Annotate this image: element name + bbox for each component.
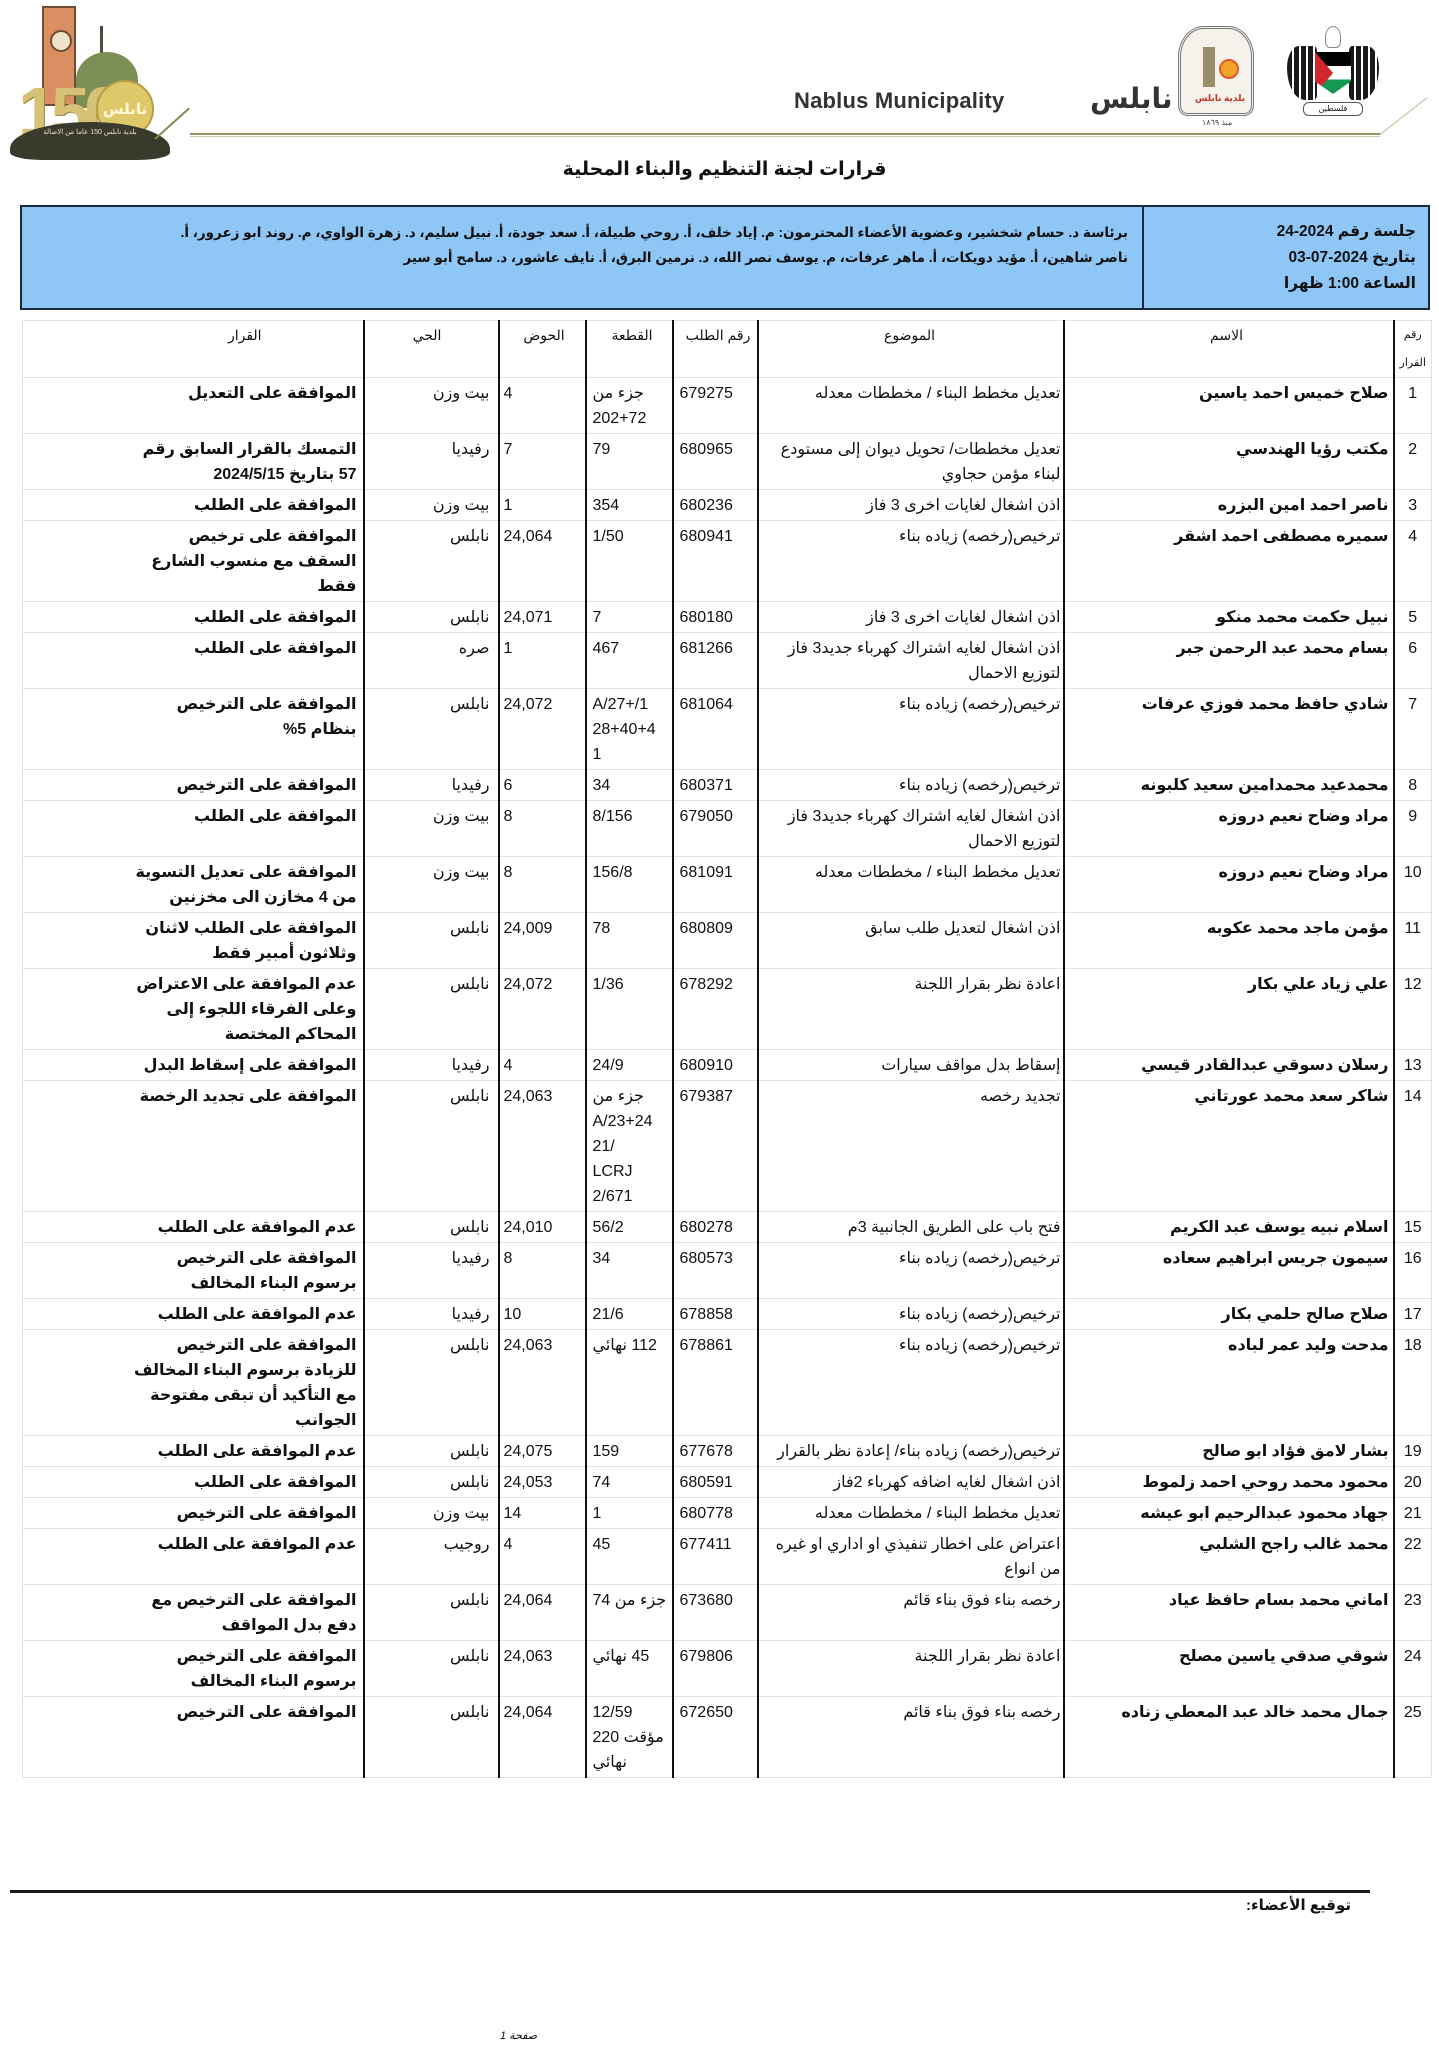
cell-basin: 1 [499, 490, 586, 521]
cell-decision: التمسك بالقرار السابق رقم 57 بتاريخ 2024… [23, 434, 364, 490]
cell-subject: اذن اشغال لتعديل طلب سابق [758, 913, 1064, 969]
parcel-text: 7 [593, 605, 672, 630]
cell-basin: 24,063 [499, 1081, 586, 1212]
cell-request-no: 680180 [673, 602, 758, 633]
cell-decision-no: 15 [1394, 1212, 1432, 1243]
cell-name: بسام محمد عبد الرحمن جبر [1064, 633, 1394, 689]
cell-decision-no: 4 [1394, 521, 1432, 602]
cell-request-no: 679275 [673, 378, 758, 434]
parcel-text: 24/9 [593, 1053, 672, 1078]
cell-decision-no: 3 [1394, 490, 1432, 521]
cell-neighborhood: نابلس [364, 1436, 499, 1467]
cell-parcel: 8/156 [586, 801, 673, 857]
cell-subject: رخصه بناء فوق بناء قائم [758, 1697, 1064, 1778]
cell-neighborhood: رفيديا [364, 434, 499, 490]
table-row: 13 رسلان دسوقي عبدالقادر قيسي إسقاط بدل … [23, 1050, 1432, 1081]
cell-subject: تجديد رخصه [758, 1081, 1064, 1212]
cell-decision: الموافقة على الترخيص [23, 770, 364, 801]
cell-basin: 24,063 [499, 1330, 586, 1436]
cell-neighborhood: نابلس [364, 913, 499, 969]
session-members: برئاسة د. حسام شخشير، وعضوية الأعضاء الم… [22, 207, 1142, 308]
cell-decision: الموافقة على الطلب [23, 633, 364, 689]
table-row: 5 نبيل حكمت محمد منكو اذن اشغال لغايات ا… [23, 602, 1432, 633]
cell-request-no: 681266 [673, 633, 758, 689]
cell-parcel: 34 [586, 1243, 673, 1299]
table-row: 21 جهاد محمود عبدالرحيم ابو عيشه تعديل م… [23, 1498, 1432, 1529]
cell-decision-no: 7 [1394, 689, 1432, 770]
table-row: 16 سيمون جريس ابراهيم سعاده ترخيص(رخصه) … [23, 1243, 1432, 1299]
seal-year: منذ ١٨٦٩ [1202, 118, 1232, 127]
cell-basin: 10 [499, 1299, 586, 1330]
cell-neighborhood: رفيديا [364, 770, 499, 801]
parcel-text: 1 [593, 1501, 672, 1526]
cell-parcel: 24/9 [586, 1050, 673, 1081]
cell-decision-no: 19 [1394, 1436, 1432, 1467]
cell-neighborhood: بيت وزن [364, 490, 499, 521]
parcel-text: 354 [593, 493, 672, 518]
cell-decision-no: 20 [1394, 1467, 1432, 1498]
cell-name: علي زياد علي بكار [1064, 969, 1394, 1050]
cell-request-no: 678292 [673, 969, 758, 1050]
parcel-text: 1/36 [593, 972, 672, 997]
cell-name: اماني محمد بسام حافظ عياد [1064, 1585, 1394, 1641]
cell-parcel: جزء من 202+72 [586, 378, 673, 434]
cell-decision-no: 17 [1394, 1299, 1432, 1330]
table-header-row: رقم القرار الاسم الموضوع رقم الطلب القطع… [23, 321, 1432, 378]
cell-decision-no: 6 [1394, 633, 1432, 689]
cell-request-no: 681091 [673, 857, 758, 913]
cell-neighborhood: نابلس [364, 521, 499, 602]
header-decision-no: رقم القرار [1394, 321, 1432, 378]
cell-basin: 4 [499, 1050, 586, 1081]
palestine-eagle-emblem-icon: فلسطين [1285, 24, 1381, 120]
session-meta: جلسة رقم 2024-24 بتاريخ 2024-07-03 الساع… [1142, 207, 1428, 308]
header-neighborhood: الحي [364, 321, 499, 378]
cell-name: محمد غالب راجح الشلبي [1064, 1529, 1394, 1585]
cell-request-no: 677411 [673, 1529, 758, 1585]
cell-decision: الموافقة على تجديد الرخصة [23, 1081, 364, 1212]
cell-name: سيمون جريس ابراهيم سعاده [1064, 1243, 1394, 1299]
parcel-text: جزء من 202+72 [593, 381, 672, 431]
cell-parcel: 112 نهائي [586, 1330, 673, 1436]
table-body: 1 صلاح خميس احمد ياسين تعديل مخطط البناء… [23, 378, 1432, 1778]
cell-name: اسلام نبيه يوسف عبد الكريم [1064, 1212, 1394, 1243]
parcel-text: 1/50 [593, 524, 672, 549]
cell-parcel: 156/8 [586, 857, 673, 913]
cell-decision-no: 23 [1394, 1585, 1432, 1641]
eagle-head-icon [1325, 26, 1341, 48]
letterhead-rule [190, 133, 1380, 137]
cell-decision-no: 18 [1394, 1330, 1432, 1436]
cell-decision-no: 1 [1394, 378, 1432, 434]
cell-decision: عدم الموافقة على الطلب [23, 1529, 364, 1585]
cell-decision: الموافقة على الطلب [23, 801, 364, 857]
cell-request-no: 680573 [673, 1243, 758, 1299]
cell-decision-no: 2 [1394, 434, 1432, 490]
session-info-box: جلسة رقم 2024-24 بتاريخ 2024-07-03 الساع… [20, 205, 1430, 310]
cell-basin: 24,064 [499, 1585, 586, 1641]
table-row: 9 مراد وضاح نعيم دروزه اذن اشغال لغايه ا… [23, 801, 1432, 857]
cell-decision-no: 11 [1394, 913, 1432, 969]
cell-name: بشار لامق فؤاد ابو صالح [1064, 1436, 1394, 1467]
page-number: صفحة 1 [500, 2029, 537, 2042]
cell-decision-no: 9 [1394, 801, 1432, 857]
cell-request-no: 680371 [673, 770, 758, 801]
cell-neighborhood: روجيب [364, 1529, 499, 1585]
members-signature-label: توقيع الأعضاء: [1246, 1896, 1351, 1914]
cell-decision-no: 13 [1394, 1050, 1432, 1081]
cell-decision-no: 14 [1394, 1081, 1432, 1212]
cell-neighborhood: نابلس [364, 1330, 499, 1436]
cell-decision: الموافقة على الطلب [23, 602, 364, 633]
cell-subject: فتح باب على الطريق الجانبية 3م [758, 1212, 1064, 1243]
table-row: 19 بشار لامق فؤاد ابو صالح ترخيص(رخصه) ز… [23, 1436, 1432, 1467]
cell-parcel: 354 [586, 490, 673, 521]
cell-name: سميره مصطفى احمد اشقر [1064, 521, 1394, 602]
cell-subject: تعديل مخطط البناء / مخططات معدله [758, 857, 1064, 913]
parcel-text: 79 [593, 437, 672, 462]
cell-request-no: 678861 [673, 1330, 758, 1436]
eagle-wing-right-icon [1349, 46, 1379, 100]
parcel-text: 78 [593, 916, 672, 941]
header-request-no: رقم الطلب [673, 321, 758, 378]
cell-basin: 24,010 [499, 1212, 586, 1243]
parcel-text: 467 [593, 636, 672, 661]
cell-decision: الموافقة على الترخيص للزيادة برسوم البنا… [23, 1330, 364, 1436]
cell-request-no: 680591 [673, 1467, 758, 1498]
cell-parcel: جزء من 74 [586, 1585, 673, 1641]
header-basin: الحوض [499, 321, 586, 378]
cell-name: صلاح صالح حلمي بكار [1064, 1299, 1394, 1330]
cell-request-no: 680278 [673, 1212, 758, 1243]
cell-name: محمدعيد محمدامين سعيد كلبونه [1064, 770, 1394, 801]
cell-parcel: 56/2 [586, 1212, 673, 1243]
cell-name: صلاح خميس احمد ياسين [1064, 378, 1394, 434]
cell-subject: تعديل مخططات/ تحويل ديوان إلى مستودع لبن… [758, 434, 1064, 490]
cell-decision-no: 8 [1394, 770, 1432, 801]
cell-name: محمود محمد روحي احمد زلموط [1064, 1467, 1394, 1498]
cell-parcel: جزء من A/23+24 /21 LCRJ 2/671 [586, 1081, 673, 1212]
seal-sun-icon [1219, 59, 1239, 79]
cell-parcel: 21/6 [586, 1299, 673, 1330]
cell-request-no: 681064 [673, 689, 758, 770]
cell-decision: عدم الموافقة على الطلب [23, 1299, 364, 1330]
cell-decision: الموافقة على الطلب لاثنان وثلاثون أمبير … [23, 913, 364, 969]
parcel-text: 56/2 [593, 1215, 672, 1240]
cell-decision: الموافقة على الترخيص [23, 1697, 364, 1778]
header-name: الاسم [1064, 321, 1394, 378]
cell-neighborhood: رفيديا [364, 1299, 499, 1330]
cell-basin: 24,009 [499, 913, 586, 969]
cell-parcel: 79 [586, 434, 673, 490]
cell-decision: الموافقة على الترخيص مع دفع بدل المواقف [23, 1585, 364, 1641]
cell-neighborhood: نابلس [364, 969, 499, 1050]
cell-subject: إسقاط بدل مواقف سيارات [758, 1050, 1064, 1081]
cell-subject: ترخيص(رخصه) زياده بناء [758, 1243, 1064, 1299]
cell-subject: اعادة نظر بقرار اللجنة [758, 969, 1064, 1050]
cell-request-no: 679806 [673, 1641, 758, 1697]
cell-decision: الموافقة على الترخيص برسوم البناء المخال… [23, 1641, 364, 1697]
table-row: 1 صلاح خميس احمد ياسين تعديل مخطط البناء… [23, 378, 1432, 434]
cell-request-no: 680910 [673, 1050, 758, 1081]
cell-neighborhood: نابلس [364, 602, 499, 633]
header-parcel: القطعة [586, 321, 673, 378]
cell-neighborhood: بيت وزن [364, 801, 499, 857]
cell-decision-no: 12 [1394, 969, 1432, 1050]
cell-subject: اذن اشغال لغايه اضافه كهرباء 2فاز [758, 1467, 1064, 1498]
cell-subject: اعتراض على اخطار تنفيذي او اداري او غيره… [758, 1529, 1064, 1585]
cell-neighborhood: نابلس [364, 689, 499, 770]
table-row: 7 شادي حافظ محمد فوزي عرفات ترخيص(رخصه) … [23, 689, 1432, 770]
brand-name-en: Nablus Municipality [794, 88, 1004, 114]
cell-parcel: 34 [586, 770, 673, 801]
parcel-text: A/27+/1 28+40+4 1 [593, 692, 672, 767]
table-row: 12 علي زياد علي بكار اعادة نظر بقرار الل… [23, 969, 1432, 1050]
cell-request-no: 677678 [673, 1436, 758, 1467]
table-row: 23 اماني محمد بسام حافظ عياد رخصه بناء ف… [23, 1585, 1432, 1641]
table-row: 15 اسلام نبيه يوسف عبد الكريم فتح باب عل… [23, 1212, 1432, 1243]
cell-decision: الموافقة على إسقاط البدل [23, 1050, 364, 1081]
cell-basin: 24,075 [499, 1436, 586, 1467]
cell-basin: 24,072 [499, 969, 586, 1050]
cell-basin: 24,064 [499, 521, 586, 602]
cell-decision-no: 16 [1394, 1243, 1432, 1299]
cell-neighborhood: بيت وزن [364, 857, 499, 913]
cell-neighborhood: نابلس [364, 1081, 499, 1212]
members-line-2: ناصر شاهين، أ. مؤيد دويكات، أ. ماهر عرفا… [34, 245, 1128, 270]
cell-parcel: 1/36 [586, 969, 673, 1050]
cell-name: ناصر احمد امين البزره [1064, 490, 1394, 521]
seal-tower-icon [1203, 47, 1215, 87]
cell-name: جهاد محمود عبدالرحيم ابو عيشه [1064, 1498, 1394, 1529]
cell-neighborhood: رفيديا [364, 1243, 499, 1299]
cell-parcel: 45 [586, 1529, 673, 1585]
cell-basin: 24,072 [499, 689, 586, 770]
cell-name: رسلان دسوقي عبدالقادر قيسي [1064, 1050, 1394, 1081]
cell-request-no: 679387 [673, 1081, 758, 1212]
header-decision: القرار [23, 321, 364, 378]
cell-request-no: 672650 [673, 1697, 758, 1778]
flag-shield-icon [1315, 52, 1351, 94]
cell-neighborhood: بيت وزن [364, 1498, 499, 1529]
cell-decision-no: 22 [1394, 1529, 1432, 1585]
cell-name: شادي حافظ محمد فوزي عرفات [1064, 689, 1394, 770]
table-row: 22 محمد غالب راجح الشلبي اعتراض على اخطا… [23, 1529, 1432, 1585]
parcel-text: 34 [593, 1246, 672, 1271]
cell-subject: رخصه بناء فوق بناء قائم [758, 1585, 1064, 1641]
table-row: 3 ناصر احمد امين البزره اذن اشغال لغايات… [23, 490, 1432, 521]
cell-name: نبيل حكمت محمد منكو [1064, 602, 1394, 633]
nablus-150-logo: 150 نابلس بلدية نابلس 150 عاما من الاصال… [4, 0, 204, 180]
cell-name: شوقي صدقي ياسين مصلح [1064, 1641, 1394, 1697]
table-row: 17 صلاح صالح حلمي بكار ترخيص(رخصه) زياده… [23, 1299, 1432, 1330]
cell-decision-no: 5 [1394, 602, 1432, 633]
parcel-text: 21/6 [593, 1302, 672, 1327]
cell-name: مراد وضاح نعيم دروزه [1064, 857, 1394, 913]
header-subject: الموضوع [758, 321, 1064, 378]
emblem-label: فلسطين [1303, 102, 1363, 116]
seal-text: بلدية نابلس [1195, 93, 1245, 104]
cell-subject: ترخيص(رخصه) زياده بناء [758, 1299, 1064, 1330]
cell-request-no: 673680 [673, 1585, 758, 1641]
cell-parcel: 467 [586, 633, 673, 689]
cell-neighborhood: نابلس [364, 1641, 499, 1697]
cell-parcel: 78 [586, 913, 673, 969]
cell-basin: 8 [499, 1243, 586, 1299]
table-row: 25 جمال محمد خالد عبد المعطي زناده رخصه … [23, 1697, 1432, 1778]
cell-request-no: 680941 [673, 521, 758, 602]
cell-basin: 8 [499, 857, 586, 913]
cell-neighborhood: نابلس [364, 1212, 499, 1243]
cell-request-no: 678858 [673, 1299, 758, 1330]
cell-parcel: 159 [586, 1436, 673, 1467]
parcel-text: 74 [593, 1470, 672, 1495]
cell-basin: 1 [499, 633, 586, 689]
parcel-text: 34 [593, 773, 672, 798]
cell-basin: 24,053 [499, 1467, 586, 1498]
cell-name: مؤمن ماجد محمد عكوبه [1064, 913, 1394, 969]
cell-subject: تعديل مخطط البناء / مخططات معدله [758, 1498, 1064, 1529]
cell-parcel: 74 [586, 1467, 673, 1498]
cell-request-no: 679050 [673, 801, 758, 857]
cell-decision: الموافقة على تعديل التسوية من 4 مخازن ال… [23, 857, 364, 913]
cell-decision: عدم الموافقة على الطلب [23, 1212, 364, 1243]
cell-name: شاكر سعد محمد عورتاني [1064, 1081, 1394, 1212]
parcel-text: 45 نهائي [593, 1644, 672, 1669]
cell-decision: الموافقة على الترخيص برسوم البناء المخال… [23, 1243, 364, 1299]
cell-subject: اذن اشغال لغايه اشتراك كهرباء جديد3 فاز … [758, 633, 1064, 689]
cell-neighborhood: رفيديا [364, 1050, 499, 1081]
cell-subject: ترخيص(رخصه) زياده بناء/ إعادة نظر بالقرا… [758, 1436, 1064, 1467]
cell-basin: 6 [499, 770, 586, 801]
parcel-text: جزء من A/23+24 /21 LCRJ 2/671 [593, 1084, 672, 1209]
parcel-text: 8/156 [593, 804, 672, 829]
cell-subject: تعديل مخطط البناء / مخططات معدله [758, 378, 1064, 434]
cell-basin: 4 [499, 378, 586, 434]
cell-neighborhood: صره [364, 633, 499, 689]
table-row: 20 محمود محمد روحي احمد زلموط اذن اشغال … [23, 1467, 1432, 1498]
cell-subject: اذن اشغال لغايات اخرى 3 فاز [758, 602, 1064, 633]
session-number: جلسة رقم 2024-24 [1144, 219, 1416, 245]
members-line-1: برئاسة د. حسام شخشير، وعضوية الأعضاء الم… [34, 220, 1128, 245]
table-row: 4 سميره مصطفى احمد اشقر ترخيص(رخصه) زياد… [23, 521, 1432, 602]
cell-neighborhood: بيت وزن [364, 378, 499, 434]
document-title: قرارات لجنة التنظيم والبناء المحلية [0, 158, 1439, 181]
cell-parcel: 45 نهائي [586, 1641, 673, 1697]
cell-parcel: 7 [586, 602, 673, 633]
cell-decision: الموافقة على ترخيص السقف مع منسوب الشارع… [23, 521, 364, 602]
cell-decision: الموافقة على الترخيص بنظام 5% [23, 689, 364, 770]
decisions-table: رقم القرار الاسم الموضوع رقم الطلب القطع… [22, 320, 1432, 1778]
cell-basin: 4 [499, 1529, 586, 1585]
parcel-text: 112 نهائي [593, 1333, 672, 1358]
cell-parcel: A/27+/1 28+40+4 1 [586, 689, 673, 770]
cell-basin: 24,064 [499, 1697, 586, 1778]
cell-subject: ترخيص(رخصه) زياده بناء [758, 689, 1064, 770]
letterhead-rule-right [1380, 97, 1428, 135]
cell-decision: الموافقة على الطلب [23, 490, 364, 521]
cell-decision-no: 24 [1394, 1641, 1432, 1697]
cell-decision-no: 10 [1394, 857, 1432, 913]
footer-divider [10, 1890, 1370, 1893]
cell-decision-no: 21 [1394, 1498, 1432, 1529]
cell-basin: 24,063 [499, 1641, 586, 1697]
session-date: بتاريخ 2024-07-03 [1144, 245, 1416, 271]
table-row: 8 محمدعيد محمدامين سعيد كلبونه ترخيص(رخص… [23, 770, 1432, 801]
cell-decision: الموافقة على الطلب [23, 1467, 364, 1498]
cell-decision: عدم الموافقة على الطلب [23, 1436, 364, 1467]
cell-subject: اذن اشغال لغايات اخرى 3 فاز [758, 490, 1064, 521]
cell-subject: ترخيص(رخصه) زياده بناء [758, 1330, 1064, 1436]
cell-basin: 8 [499, 801, 586, 857]
parcel-text: 159 [593, 1439, 672, 1464]
cell-parcel: 1/50 [586, 521, 673, 602]
cell-neighborhood: نابلس [364, 1467, 499, 1498]
cell-name: مراد وضاح نعيم دروزه [1064, 801, 1394, 857]
table-row: 14 شاكر سعد محمد عورتاني تجديد رخصه 6793… [23, 1081, 1432, 1212]
cell-subject: اعادة نظر بقرار اللجنة [758, 1641, 1064, 1697]
cell-basin: 7 [499, 434, 586, 490]
cell-subject: ترخيص(رخصه) زياده بناء [758, 521, 1064, 602]
cell-subject: اذن اشغال لغايه اشتراك كهرباء جديد3 فاز … [758, 801, 1064, 857]
cell-basin: 24,071 [499, 602, 586, 633]
cell-parcel: 12/59 مؤقت 220 نهائي [586, 1697, 673, 1778]
cell-request-no: 680965 [673, 434, 758, 490]
parcel-text: 12/59 مؤقت 220 نهائي [593, 1700, 672, 1775]
cell-name: جمال محمد خالد عبد المعطي زناده [1064, 1697, 1394, 1778]
cell-decision-no: 25 [1394, 1697, 1432, 1778]
session-time: الساعة 1:00 ظهرا [1144, 271, 1416, 297]
cell-basin: 14 [499, 1498, 586, 1529]
municipality-seal-icon: بلدية نابلس [1178, 26, 1254, 116]
table-row: 10 مراد وضاح نعيم دروزه تعديل مخطط البنا… [23, 857, 1432, 913]
table-row: 2 مكتب رؤيا الهندسي تعديل مخططات/ تحويل … [23, 434, 1432, 490]
cell-decision: عدم الموافقة على الاعتراض وعلى الفرقاء ا… [23, 969, 364, 1050]
parcel-text: جزء من 74 [593, 1588, 672, 1613]
table-row: 11 مؤمن ماجد محمد عكوبه اذن اشغال لتعديل… [23, 913, 1432, 969]
cell-neighborhood: نابلس [364, 1697, 499, 1778]
parcel-text: 45 [593, 1532, 672, 1557]
cell-request-no: 680778 [673, 1498, 758, 1529]
cell-decision: الموافقة على التعديل [23, 378, 364, 434]
table-row: 24 شوقي صدقي ياسين مصلح اعادة نظر بقرار … [23, 1641, 1432, 1697]
cell-name: مكتب رؤيا الهندسي [1064, 434, 1394, 490]
table-row: 18 مدحت وليد عمر لباده ترخيص(رخصه) زياده… [23, 1330, 1432, 1436]
parcel-text: 156/8 [593, 860, 672, 885]
eagle-wing-left-icon [1287, 46, 1317, 100]
cell-neighborhood: نابلس [364, 1585, 499, 1641]
cell-decision: الموافقة على الترخيص [23, 1498, 364, 1529]
cell-name: مدحت وليد عمر لباده [1064, 1330, 1394, 1436]
cell-subject: ترخيص(رخصه) زياده بناء [758, 770, 1064, 801]
cell-request-no: 680809 [673, 913, 758, 969]
table-row: 6 بسام محمد عبد الرحمن جبر اذن اشغال لغا… [23, 633, 1432, 689]
cell-parcel: 1 [586, 1498, 673, 1529]
cell-request-no: 680236 [673, 490, 758, 521]
